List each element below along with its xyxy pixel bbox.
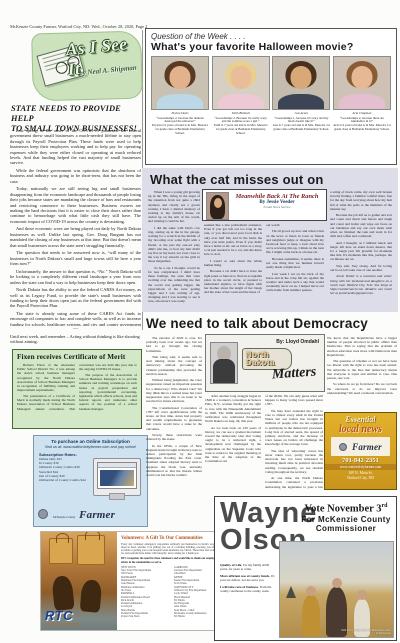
- olson-for-line2: Commissioner: [300, 524, 392, 534]
- columnist-photo-omdahl: [210, 342, 238, 384]
- gold-ad-phone: 701-842-2351: [325, 457, 396, 464]
- nd-matters-logo: By: Lloyd Omdahl North Dakota Matters: [205, 334, 325, 392]
- democracy-paragraph: That being said, it seems safe to start …: [146, 355, 202, 376]
- cat-paragraph: a string of black cattle, my own well br…: [330, 190, 392, 211]
- monitor-graphic: NEWS ONLINE: [93, 458, 141, 496]
- fixen-body: Barbara Fixen of the Alexander Public Sc…: [17, 363, 137, 423]
- fixen-box: Fixen receives Certificate of Merit Barb…: [12, 349, 142, 429]
- rates-list: Online Only $35 In County $39 Online/In …: [39, 457, 91, 482]
- cat-column-box: What the cat misses out on Meanwhile Bac…: [142, 168, 398, 312]
- monitor-screen: NEWS ONLINE: [97, 462, 137, 489]
- subscription-ad: To purchase an Online Subscription Visit…: [33, 435, 148, 527]
- cat-paragraph: our world.: [266, 223, 324, 227]
- shirt-shape: [218, 94, 264, 110]
- pumpjack-icon: [286, 586, 296, 598]
- cat-col-4: a string of black cattle, my own well br…: [330, 190, 392, 308]
- vote-superscript: rd: [382, 503, 388, 509]
- page-header: McKenzie County Farmer, Watford City, ND…: [10, 24, 147, 29]
- editorial-paragraph: Unfortunately, the answer to that questi…: [10, 269, 141, 285]
- paper-bag-icon: [49, 538, 73, 564]
- fixen-paragraph: The purpose of the Association of School…: [79, 373, 137, 411]
- democracy-paragraph: At one time, the North Dakota Constituti…: [265, 476, 323, 490]
- farmer-gold-ad: Essential local news Farmer 701-842-2351…: [324, 412, 397, 490]
- question-box: Question of the Week . . . . What's your…: [145, 28, 397, 165]
- newspaper-page: McKenzie County Farmer, Watford City, ND…: [0, 0, 400, 643]
- ranch-title: Meanwhile Back At The Ranch: [231, 193, 323, 200]
- farmer-logo: Farmer: [79, 509, 115, 521]
- student-photo: [333, 56, 391, 110]
- qow-kicker: Question of the Week . . . .: [151, 32, 391, 41]
- democracy-paragraph: Without being judgmental, the voter supp…: [146, 378, 202, 403]
- cat-paragraph: I'm all grown up now and when I turn on …: [266, 229, 324, 254]
- student-info: Aria is 6 years old and is in Mrs. Mason…: [333, 124, 391, 132]
- olson-point: I will take care of business. From the c…: [220, 585, 276, 593]
- gold-ad-script1: Essential: [325, 415, 396, 424]
- student-photo: [151, 56, 209, 110]
- cat-paragraph: When I was a young girl growing up in th…: [148, 190, 200, 224]
- cat-author-bio: Jessie Veeder is a musician and writer l…: [330, 274, 392, 295]
- democracy-paragraph: The question of whether or not we have b…: [327, 359, 397, 380]
- cat-headline: What the cat misses out on: [150, 172, 324, 187]
- editorial-paragraph: And those economic woes are being played…: [10, 226, 141, 248]
- face-shape: [291, 66, 312, 89]
- rtc-headline: Volunteers: A Gift To Our Communities: [121, 536, 223, 542]
- shirt-shape: [157, 94, 203, 110]
- cat-paragraph: seemed like a less problematic existence…: [204, 223, 262, 257]
- gold-ad-website: www.watfordcityfarmer.com: [325, 464, 396, 470]
- columnist-photo-veeder: [206, 192, 229, 220]
- democracy-paragraph: After another long struggle began in 184…: [205, 394, 261, 423]
- democracy-byline: By: Lloyd Omdahl: [276, 339, 319, 345]
- rtc-paragraph-1: Every day volunteer emergency responders…: [121, 543, 223, 556]
- democracy-paragraph: We know that the Republicans have a bigg…: [327, 336, 397, 357]
- cat-paragraph: Because the job left us to gather and so…: [330, 213, 392, 238]
- shirt-shape: [339, 94, 385, 110]
- editorial-paragraph: Today, nationally we are still seeing bi…: [10, 186, 141, 224]
- democracy-headline: We need to talk about Democracy: [146, 316, 368, 331]
- editorial-body: Last spring, at the onset of the COVID-1…: [10, 128, 141, 326]
- cat-col-3: our world. I'm all grown up now and when…: [266, 223, 324, 308]
- paper-bag-icon: [77, 535, 105, 565]
- fixen-paragraph: Barbara Fixen of the Alexander Public Sc…: [17, 363, 75, 392]
- democracy-paragraph: The idea of 'educating' voters has never…: [265, 449, 323, 474]
- gold-ad-script2: local news: [325, 424, 396, 435]
- cat-paragraph: I did the same with Dad's cow dog, stari…: [148, 226, 200, 264]
- democracy-paragraph: Slowly, these restrictions were reduced …: [146, 433, 202, 441]
- democracy-paragraph: So where do we go from here? Do we cut b…: [327, 382, 397, 395]
- democracy-col-4: We know that the Republicans have a bigg…: [327, 336, 397, 408]
- student-photo: [212, 56, 270, 110]
- editorial-signoff: Until next week, and remember – Acting w…: [10, 334, 141, 345]
- boots-photo: RTC YourRTCCrew 701.862.3115: [41, 532, 117, 630]
- as-i-see-it-logo: As I See It by Neal A. Shipman: [31, 31, 143, 102]
- student-info: Faith is 7 years old and is in Mrs. Maso…: [212, 124, 270, 136]
- olson-fine-print: Paid for by Wayne Olson for McKenzie Cou…: [331, 629, 391, 635]
- rtc-logo-subtext: YourRTCCrew 701.862.3115: [45, 623, 79, 626]
- cat-paragraph: Because sometimes, it seems, there is no…: [266, 257, 324, 270]
- editorial-paragraph: The state is already using some of these…: [10, 311, 141, 326]
- boot-shape: [80, 579, 103, 613]
- face-shape: [351, 66, 372, 89]
- shirt-shape: [278, 94, 324, 110]
- farmer-logo-gold: Farmer: [352, 442, 382, 452]
- editorial-paragraph: The question that needs to be answered n…: [10, 250, 141, 266]
- farmer-seal-icon: [38, 509, 48, 519]
- fixen-headline: Fixen receives Certificate of Merit: [17, 353, 137, 361]
- democracy-col-3: of the 2020s. We can only guess what wil…: [265, 394, 323, 490]
- ranch-source: Forum News Service: [231, 205, 323, 209]
- ranch-byline-box: Meanwhile Back At The Ranch By Jessie Ve…: [202, 189, 327, 221]
- editorial-paragraph: North Dakota has the ability to use the …: [10, 287, 141, 309]
- cat-paragraph: To be a cat, I thought, would be far les…: [148, 266, 200, 304]
- logo-script-matters: Matters: [271, 364, 316, 383]
- monitor-stand: [109, 493, 125, 500]
- person-figure: [302, 595, 320, 637]
- cat-paragraph: Last week I sat on the back of my horse …: [266, 272, 324, 293]
- farmer-seal-icon: [339, 443, 347, 451]
- rtc-paragraph-2: RTC recognizes the need for these volunt…: [121, 557, 223, 564]
- student-caption: Aria Chapman “Goosebumps 2, because ther…: [333, 112, 391, 136]
- editorial-paragraph: While the federal government was optimis…: [10, 168, 141, 184]
- cat-paragraph: I wasn't so sure about the whole human t…: [204, 259, 262, 267]
- webpage-image: [100, 470, 134, 486]
- student-info: Peyton is 6 years old and is in Mrs. Mas…: [151, 124, 209, 136]
- cat-col-1: When I was a young girl growing up in th…: [148, 190, 200, 308]
- democracy-paragraph: of the 2020s. We can only guess what wil…: [265, 394, 323, 407]
- qow-question: What's your favorite Halloween movie?: [151, 41, 391, 53]
- cat-paragraph: And I thought, as I nibbled lunch and ma…: [330, 241, 392, 262]
- cat-paragraph: Stay safe. Stay strong. And for loving o…: [330, 264, 392, 272]
- olson-vote-line: Vote November 3rd: [300, 503, 392, 515]
- cat-paragraph: Because a cat didn't have to have the ri…: [204, 269, 262, 294]
- rtc-logo: RTC: [45, 608, 79, 623]
- olson-points: Quality of Life. For my family AND yours…: [220, 563, 276, 593]
- democracy-paragraph: The Constitutional Convention of 1787 le…: [146, 406, 202, 431]
- family-photo: Paid for by Wayne Olson for McKenzie Cou…: [279, 541, 394, 638]
- cat-col-2: seemed like a less problematic existence…: [204, 223, 262, 308]
- olson-ad: Wayne Olson Vote November 3rd For McKenz…: [214, 496, 397, 641]
- democracy-col-1: The election of 2020 is over. It's proba…: [146, 336, 202, 518]
- olson-point: More efficient use of county funds. It's…: [220, 574, 276, 582]
- subscription-line1: To purchase an Online Subscription: [37, 439, 144, 444]
- student-caption: Faith Birdsall “Goosebumps 2. Because it…: [212, 112, 270, 136]
- democracy-col-2: After another long struggle began in 184…: [205, 394, 261, 490]
- face-shape: [170, 66, 191, 89]
- olson-for-line1: For McKenzie County: [300, 515, 392, 525]
- student-info: Gus is 7 years old and is in Mrs. Mason'…: [272, 124, 330, 132]
- democracy-paragraph: As we look back on 230 years of history,…: [205, 426, 261, 464]
- subscription-line2: Visit us at: www.watfordcityfarmer.com a…: [37, 445, 144, 449]
- editorial-paragraph: Last spring, at the onset of the COVID-1…: [10, 128, 141, 166]
- face-shape: [230, 66, 251, 89]
- farmer-brand-small: McKenzie County: [53, 515, 75, 519]
- gold-ad-address2: Watford City, ND: [325, 476, 396, 481]
- boot-shape: [51, 575, 74, 611]
- rtc-ad: RTC YourRTCCrew 701.862.3115 Volunteers:…: [40, 531, 226, 631]
- student-caption: Gus Arnes “Goosebumps 1, because it's sc…: [272, 112, 330, 136]
- rtc-list-left: NEW TOWN New Town Fire Department Will F…: [121, 566, 169, 619]
- divider-dash: —: [10, 327, 141, 332]
- student-caption: Peyton Davis “Goosebumps 2, because the …: [151, 112, 209, 136]
- olson-point: Quality of Life. For my family AND yours…: [220, 563, 276, 571]
- democracy-paragraph: We may have extended the right to vote t…: [265, 409, 323, 447]
- democracy-paragraph: In the 1850s, a couple of New England st…: [146, 444, 202, 478]
- student-photo: [272, 56, 330, 110]
- democracy-paragraph: The election of 2020 is over. It's proba…: [146, 336, 202, 353]
- editorial-headline-line1: STATE NEEDS TO PROVIDE HELP: [11, 104, 141, 124]
